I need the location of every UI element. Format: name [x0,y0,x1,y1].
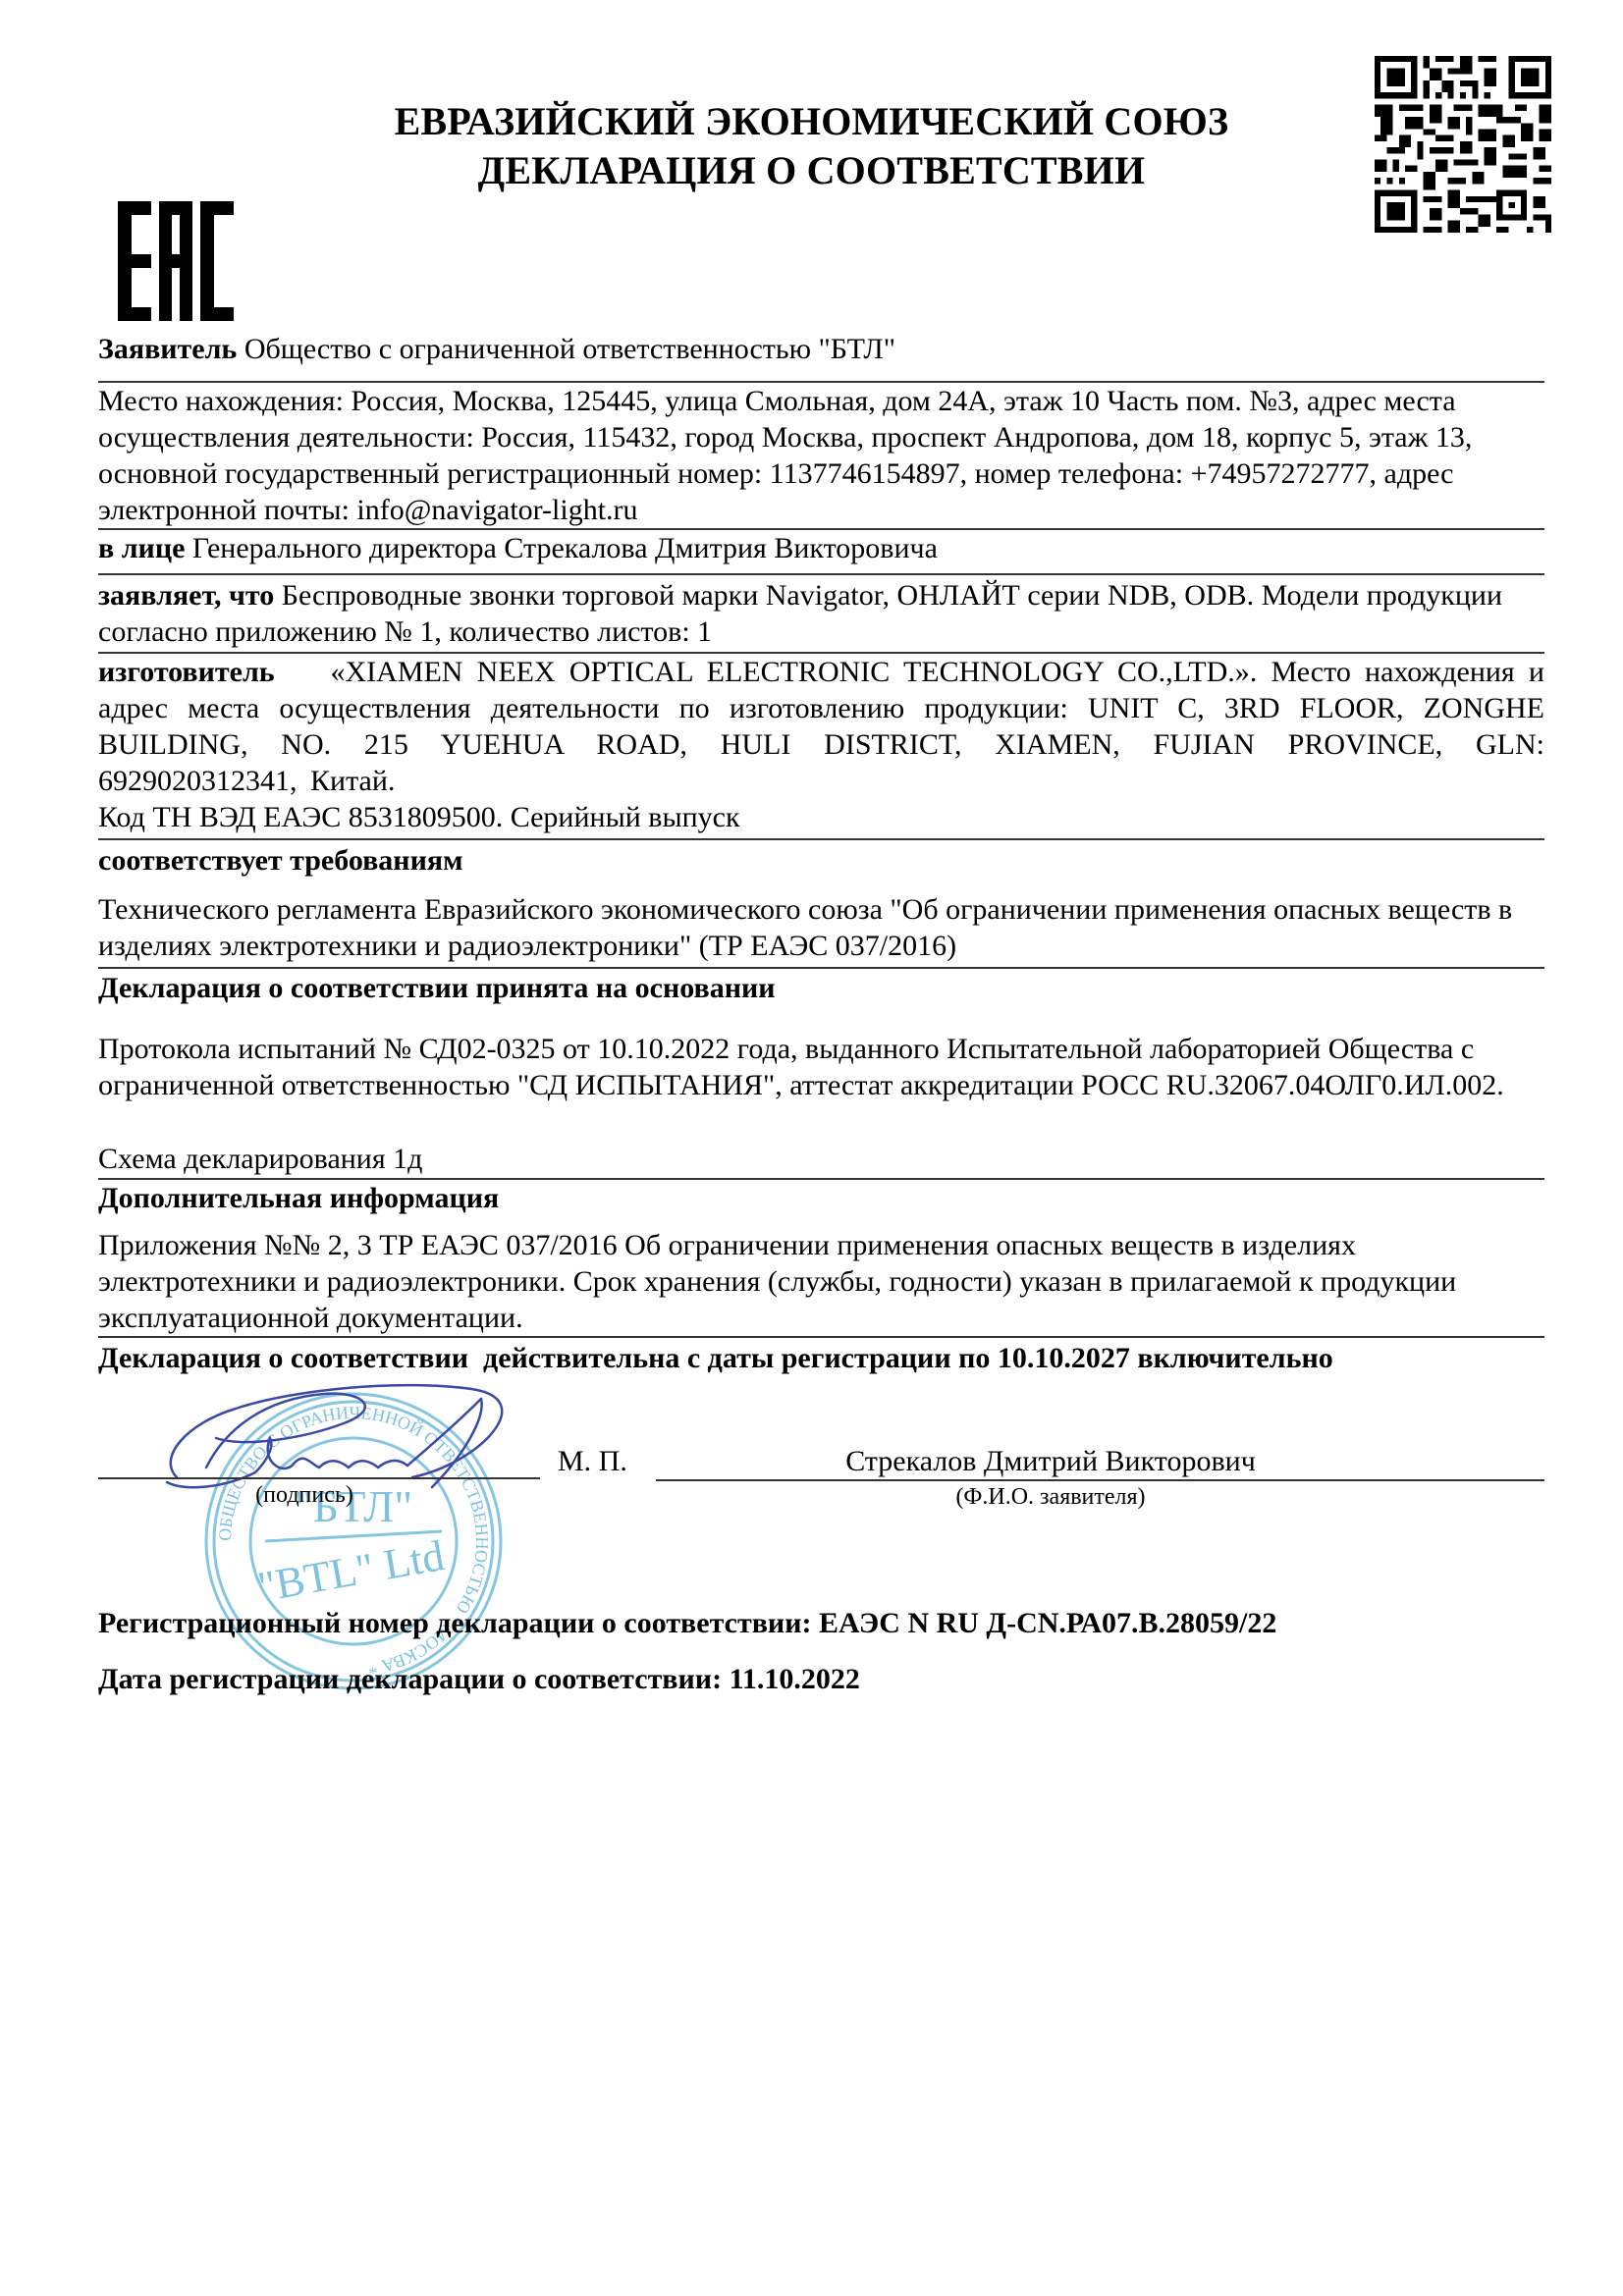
manufacturer-block: изготовитель «XIAMEN NEEX OPTICAL ELECTR… [98,654,1544,799]
divider [98,838,1544,840]
basis-heading: Декларация о соответствии принята на осн… [98,970,1544,1006]
divider [98,967,1544,969]
additional-text: Приложения №№ 2, 3 ТР ЕАЭС 037/2016 Об о… [98,1227,1544,1336]
applicant-name: Стрекалов Дмитрий Викторович [687,1445,1414,1478]
registration-number-label: Регистрационный номер декларации о соотв… [98,1607,819,1639]
manufacturer-value: «XIAMEN NEEX OPTICAL ELECTRONIC TECHNOLO… [98,656,1544,797]
seal-mark: М. П. [558,1445,627,1478]
divider [98,1336,1544,1338]
represented-by-row: в лице Генерального директора Стрекалова… [98,530,1544,566]
signature-caption: (подпись) [226,1482,383,1509]
registration-date: 11.10.2022 [730,1663,860,1695]
divider [98,573,1544,575]
additional-heading: Дополнительная информация [98,1180,1544,1216]
registration-date-row: Дата регистрации декларации о соответств… [98,1661,1544,1697]
registration-number: ЕАЭС N RU Д-CN.РА07.В.28059/22 [819,1607,1276,1639]
represented-by-label: в лице [98,532,185,564]
eac-mark-icon [118,201,234,321]
manufacturer-label: изготовитель [98,656,275,688]
stamp-line2: "BTL" Ltd [254,1531,448,1611]
basis-text: Протокола испытаний № СД02-0325 от 10.10… [98,1031,1544,1103]
applicant-row: Заявитель Общество с ограниченной ответс… [98,331,1544,367]
declares-block: заявляет, что Беспроводные звонки торгов… [98,577,1544,650]
registration-number-row: Регистрационный номер декларации о соотв… [98,1605,1544,1641]
name-line [656,1479,1544,1481]
declares-label: заявляет, что [98,579,274,612]
registration-date-label: Дата регистрации декларации о соответств… [98,1663,730,1695]
complies-heading: соответствует требованиям [98,842,1544,879]
represented-by-value: Генерального директора Стрекалова Дмитри… [185,532,938,564]
location-block: Место нахождения: Россия, Москва, 125445… [98,383,1544,528]
declares-value: Беспроводные звонки торговой марки Navig… [98,579,1502,648]
name-caption: (Ф.И.О. заявителя) [884,1484,1217,1511]
applicant-value: Общество с ограниченной ответственностью… [237,333,895,365]
declaration-scheme: Схема декларирования 1д [98,1141,1544,1177]
signature-line [98,1477,540,1479]
tn-ved-code: Код ТН ВЭД ЕАЭС 8531809500. Серийный вып… [98,799,1544,835]
qr-code-icon[interactable] [1375,55,1551,234]
complies-text: Технического регламента Евразийского эко… [98,891,1544,964]
applicant-label: Заявитель [98,333,237,365]
